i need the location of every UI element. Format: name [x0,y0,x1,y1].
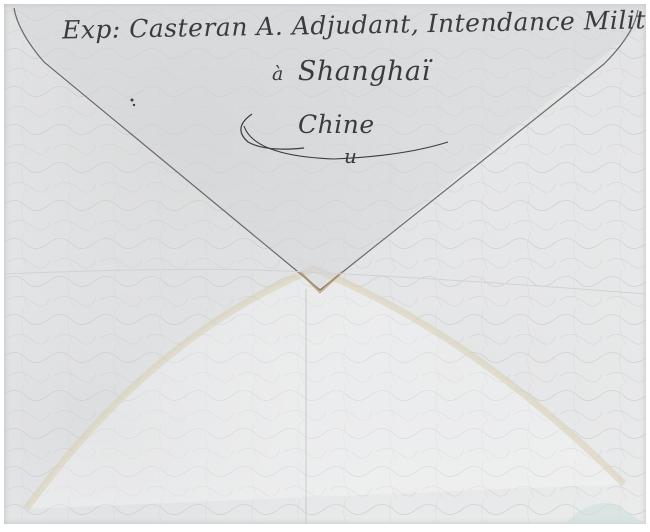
scanned-envelope: Exp: Casteran A. Adjudant, Intendance Mi… [0,0,650,532]
envelope-back: Exp: Casteran A. Adjudant, Intendance Mi… [4,4,646,524]
underline-mark: u [344,144,357,168]
sender-city: Shanghaï [298,56,431,87]
sender-city-preposition: à [272,63,284,85]
sender-city-line: àShanghaï [272,56,431,87]
sender-country: Chine [298,110,375,139]
